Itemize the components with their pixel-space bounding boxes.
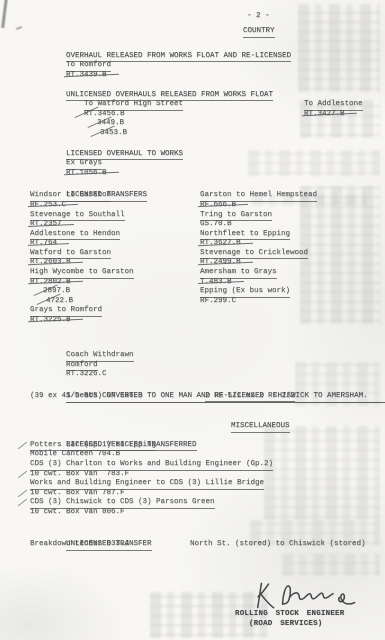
source-line: Ex Grays — [30, 150, 377, 160]
signature-subtitle: (ROAD SERVICES) — [249, 620, 375, 630]
column-watford: To Watford High Street RT.3456.B 3449.B … — [30, 91, 250, 129]
fleet-number: GS.70.B — [200, 220, 377, 230]
transfer-detail: Breakdown tender 833.J North St. (stored… — [30, 540, 377, 550]
section-unlicensed-overhauls: UNLICENSED OVERHAULS RELEASED FROM WORKS… — [30, 81, 377, 129]
section-licensed-transfers: LICENSED TRANSFERS Windsor to Garston RF… — [30, 182, 377, 326]
fleet-number: RF.666.B — [200, 201, 377, 211]
route-line: Epping (Ex bus work) — [200, 287, 377, 297]
fleet-number: RT.3439.B — [30, 61, 377, 71]
page-number: - 2 - — [220, 2, 270, 12]
vehicle-line: 10 cwt. Box Van 783.F — [30, 470, 377, 480]
vehicle-line: Mobile Canteen 704.B — [30, 450, 377, 460]
section-overhaul-released: OVERHAUL RELEASED FROM WORKS FLOAT AND R… — [30, 42, 377, 71]
section-unlicensed-transfer: UNLICENSED TRANSFER Breakdown tender 833… — [30, 531, 377, 550]
route-line: Garston to Hemel Hempstead — [200, 191, 377, 201]
fleet-number: RT.3456.B — [30, 100, 250, 110]
route-line: Amersham to Grays — [200, 268, 377, 278]
route-line: Stevenage to Southall — [30, 211, 200, 221]
section-title: UNLICENSED TRANSFER — [30, 531, 377, 541]
fleet-number: RT.2357 — [30, 220, 200, 230]
section-licensed-vehicles: LICENSED VEHICLES TRANSFERRED Potters Ba… — [30, 431, 377, 517]
fleet-number: 2897.B — [43, 287, 200, 297]
section-title: Coach Withdrawn — [30, 342, 377, 352]
transfers-right-column: Garston to Hemel Hempstead RF.666.B Trin… — [200, 191, 377, 325]
route-line: CDS (3) Charlton to Works and Building E… — [30, 460, 377, 470]
vehicle-line: 10 cwt. Box Van 806.F — [30, 508, 377, 518]
route-line: Potters Bar (Gp.1) to Epping — [30, 441, 377, 451]
fleet-number: RT.1056.B — [30, 159, 377, 169]
fleet-number: RT.3627.B — [200, 239, 377, 249]
route-line: Works and Building Engineer to CDS (3) L… — [30, 479, 377, 489]
section-title: LICENSED VEHICLES TRANSFERRED — [30, 431, 377, 441]
route-line: CDS (3) Chiswick to CDS (3) Parsons Gree… — [30, 498, 377, 508]
fleet-number: 3453.B — [46, 119, 250, 129]
section-title: OVERHAUL RELEASED FROM WORKS FLOAT AND R… — [30, 42, 377, 52]
column-addlestone: To Addlestone RT.3427.B — [250, 91, 377, 129]
section-licensed-overhaul: LICENSED OVERHAUL TO WORKS Ex Grays RT.1… — [30, 140, 377, 169]
route-line: Addlestone to Hendon — [30, 230, 200, 240]
destination-line: To Addlestone — [250, 91, 377, 101]
section-title: LICENSED OVERHAUL TO WORKS — [30, 140, 377, 150]
location-line: Romford — [30, 351, 377, 361]
section-title: LICENSED TRANSFERS — [30, 182, 377, 192]
miscellaneous-heading: MISCELLANEOUS — [204, 413, 290, 423]
section-title: S/D BUS CONVERTED TO ONE MAN AND RE-LICE… — [30, 382, 377, 392]
destination-line: To Watford High Street — [30, 91, 250, 101]
bleed-through-smudge — [282, 554, 380, 576]
route-line: Tring to Garston — [200, 211, 377, 221]
fleet-number: T.483.B — [200, 278, 377, 288]
fleet-number: RT.2499.B — [200, 258, 377, 268]
scanned-document-page: - 2 - COUNTRY OVERHAUL RELEASED FROM WOR… — [0, 0, 385, 640]
section-sd-bus-converted: S/D BUS CONVERTED TO ONE MAN AND RE-LICE… — [30, 382, 377, 401]
section-coach-withdrawn: Coach Withdrawn Romford RT.3226.C — [30, 342, 377, 371]
signature-title: ROLLING STOCK ENGINEER — [235, 610, 375, 620]
route-line: Northfleet to Epping — [200, 230, 377, 240]
fleet-number: RT.3225.B — [30, 316, 200, 326]
fleet-number: RT.3427.B — [250, 100, 377, 110]
section-title: UNLICENSED OVERHAULS RELEASED FROM WORKS… — [30, 81, 377, 91]
fleet-number: RF.253.C — [30, 201, 200, 211]
fleet-number: RT.2603.B — [30, 258, 200, 268]
pen-mark — [1, 0, 7, 28]
fleet-number: 4722.B — [46, 297, 200, 307]
route-line: High Wycombe to Garston — [30, 268, 200, 278]
pen-mark — [16, 26, 22, 30]
signature-block: ROLLING STOCK ENGINEER (ROAD SERVICES) — [235, 576, 375, 629]
fleet-number: RF.299.C — [200, 297, 377, 307]
vehicle-line: 10 cwt. Box Van 787.F — [30, 489, 377, 499]
fleet-number: 3449.B — [43, 110, 250, 120]
destination-line: To Romford — [30, 52, 377, 62]
country-heading: COUNTRY — [216, 18, 275, 28]
fleet-number: RT.3226.C — [30, 361, 377, 371]
route-line: Windsor to Garston — [30, 191, 200, 201]
conversion-detail: (39 ex 41 seats) RF.686.B 2 RF 5/1 ex 2 … — [30, 392, 377, 402]
fleet-number: RT.764 — [30, 239, 200, 249]
transfers-left-column: Windsor to Garston RF.253.C Stevenage to… — [30, 191, 200, 325]
handwritten-signature — [249, 576, 367, 610]
route-line: Grays to Romford — [30, 306, 200, 316]
